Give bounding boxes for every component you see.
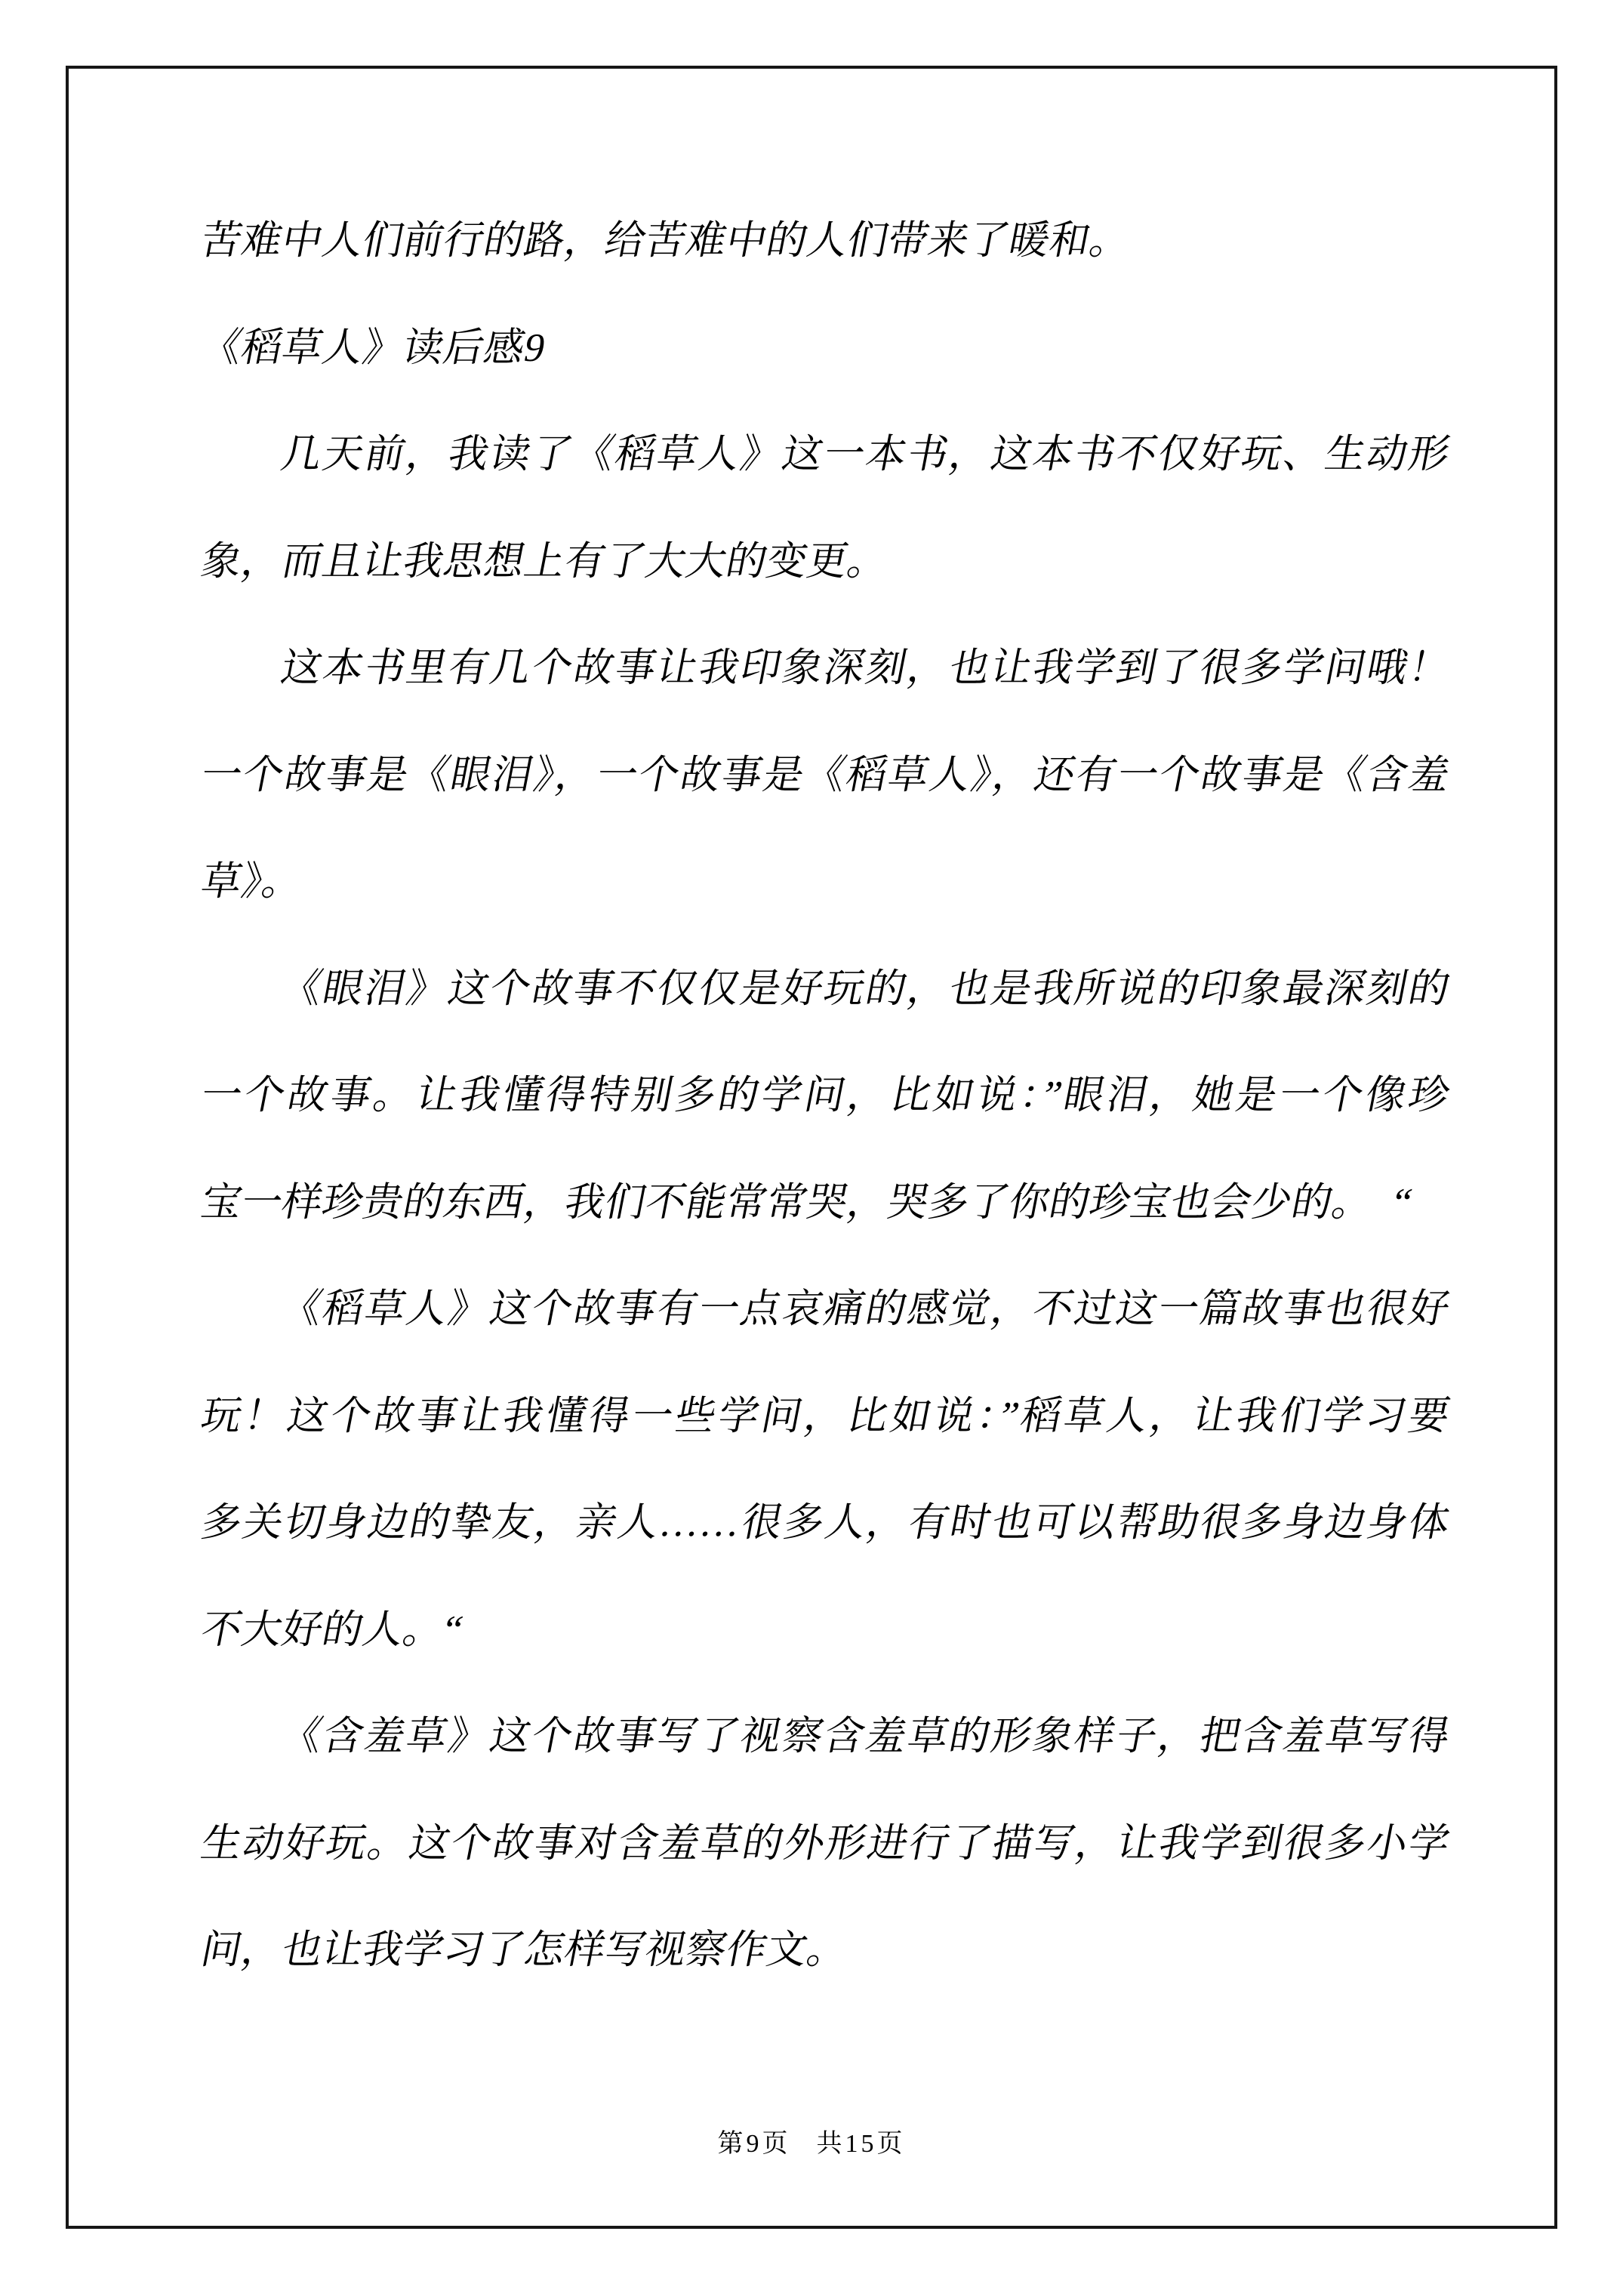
text-line: 不大好的人。“: [191, 1577, 1460, 1684]
text-line: 玩！这个故事让我懂得一些学问，比如说：”稻草人，让我们学习要: [191, 1364, 1460, 1471]
text-line: 问，也让我学习了怎样写视察作文。: [191, 1897, 1460, 2005]
text-line: 苦难中人们前行的路，给苦难中的人们带来了暖和。: [191, 188, 1460, 295]
document-lines: 苦难中人们前行的路，给苦难中的人们带来了暖和。《稻草人》读后感9几天前，我读了《…: [202, 188, 1449, 2005]
text-line: 《眼泪》这个故事不仅仅是好玩的，也是我所说的印象最深刻的: [191, 936, 1460, 1043]
text-line: 几天前，我读了《稻草人》这一本书，这本书不仅好玩、生动形: [191, 402, 1460, 509]
text-line: 《稻草人》这个故事有一点哀痛的感觉，不过这一篇故事也很好: [191, 1256, 1460, 1364]
footer-page-number: 第9页: [718, 2130, 791, 2158]
text-line: 一个故事是《眼泪》，一个故事是《稻草人》，还有一个故事是《含羞: [191, 723, 1460, 830]
text-line: 一个故事。让我懂得特别多的学问，比如说：”眼泪，她是一个像珍: [191, 1043, 1460, 1150]
text-line: 这本书里有几个故事让我印象深刻，也让我学到了很多学问哦！: [191, 615, 1460, 723]
footer-total-pages: 共15页: [817, 2130, 906, 2158]
text-line: 《含羞草》这个故事写了视察含羞草的形象样子，把含羞草写得: [191, 1684, 1460, 1791]
text-line: 宝一样珍贵的东西，我们不能常常哭，哭多了你的珍宝也会少的。 “: [191, 1150, 1460, 1257]
text-line: 《稻草人》读后感9: [191, 295, 1460, 402]
page-footer: 第9页共15页: [66, 2129, 1557, 2159]
text-line: 生动好玩。这个故事对含羞草的外形进行了描写，让我学到很多小学: [191, 1791, 1460, 1898]
text-line: 多关切身边的挚友，亲人……很多人，有时也可以帮助很多身边身体: [191, 1470, 1460, 1577]
text-line: 草》。: [191, 829, 1460, 936]
text-line: 象，而且让我思想上有了大大的变更。: [191, 509, 1460, 616]
